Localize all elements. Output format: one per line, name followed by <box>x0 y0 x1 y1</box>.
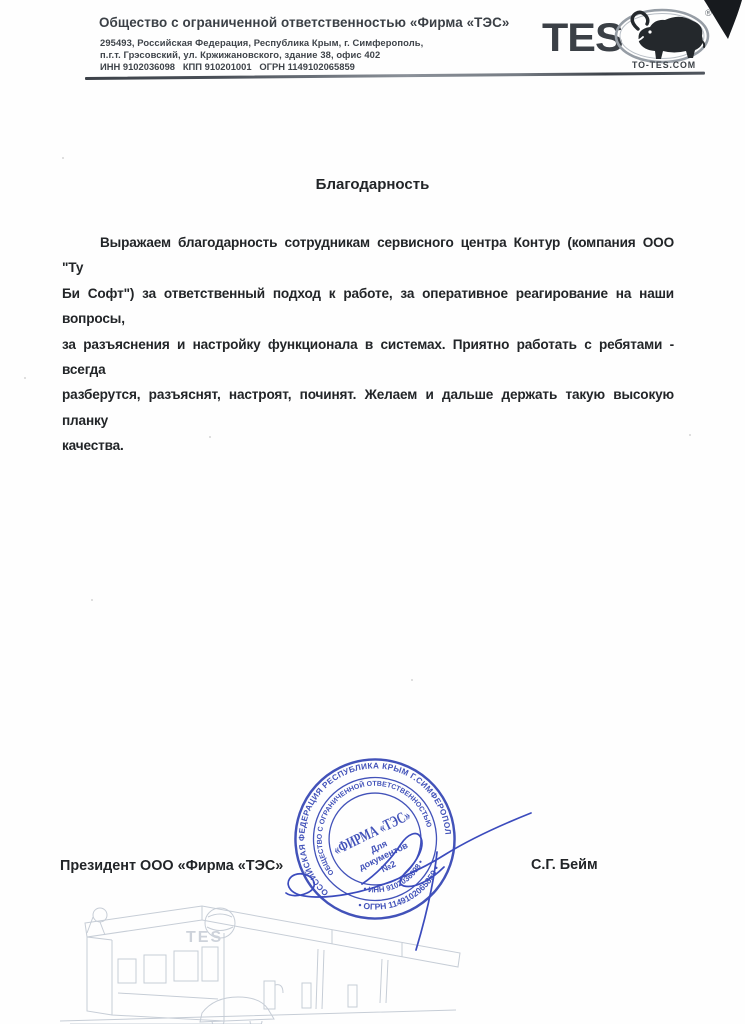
company-address-line1: 295493, Российская Федерация, Республика… <box>100 37 423 48</box>
company-name: Общество с ограниченной ответственностью… <box>99 15 509 30</box>
watermark-tes-label: TES <box>186 929 223 946</box>
signer-name: С.Г. Бейм <box>531 857 598 873</box>
scanned-letter-page: Общество с ограниченной ответственностью… <box>0 0 745 1024</box>
tes-logo: TES ® TO-TES.COM <box>542 4 714 76</box>
body-line: за разъяснения и настройку функционала в… <box>62 332 674 383</box>
document-title: Благодарность <box>0 176 745 193</box>
body-line: Выражаем благодарность сотрудникам серви… <box>62 230 674 281</box>
body-line: качества. <box>62 433 674 458</box>
signer-title: Президент ООО «Фирма «ТЭС» <box>60 858 283 874</box>
tes-logo-site: TO-TES.COM <box>614 60 714 70</box>
body-paragraph: Выражаем благодарность сотрудникам серви… <box>62 230 674 459</box>
company-requisites: ИНН 9102036098 КПП 910201001 ОГРН 114910… <box>100 61 355 72</box>
tes-logo-text: TES <box>542 16 623 61</box>
body-line: Би Софт") за ответственный подход к рабо… <box>62 281 674 332</box>
body-line: разберутся, разъяснят, настроят, починят… <box>62 382 674 433</box>
registered-mark: ® <box>705 8 712 18</box>
company-address-line2: п.г.т. Грэсовский, ул. Кржижановского, з… <box>100 49 380 60</box>
elephant-icon: ® <box>612 6 714 68</box>
